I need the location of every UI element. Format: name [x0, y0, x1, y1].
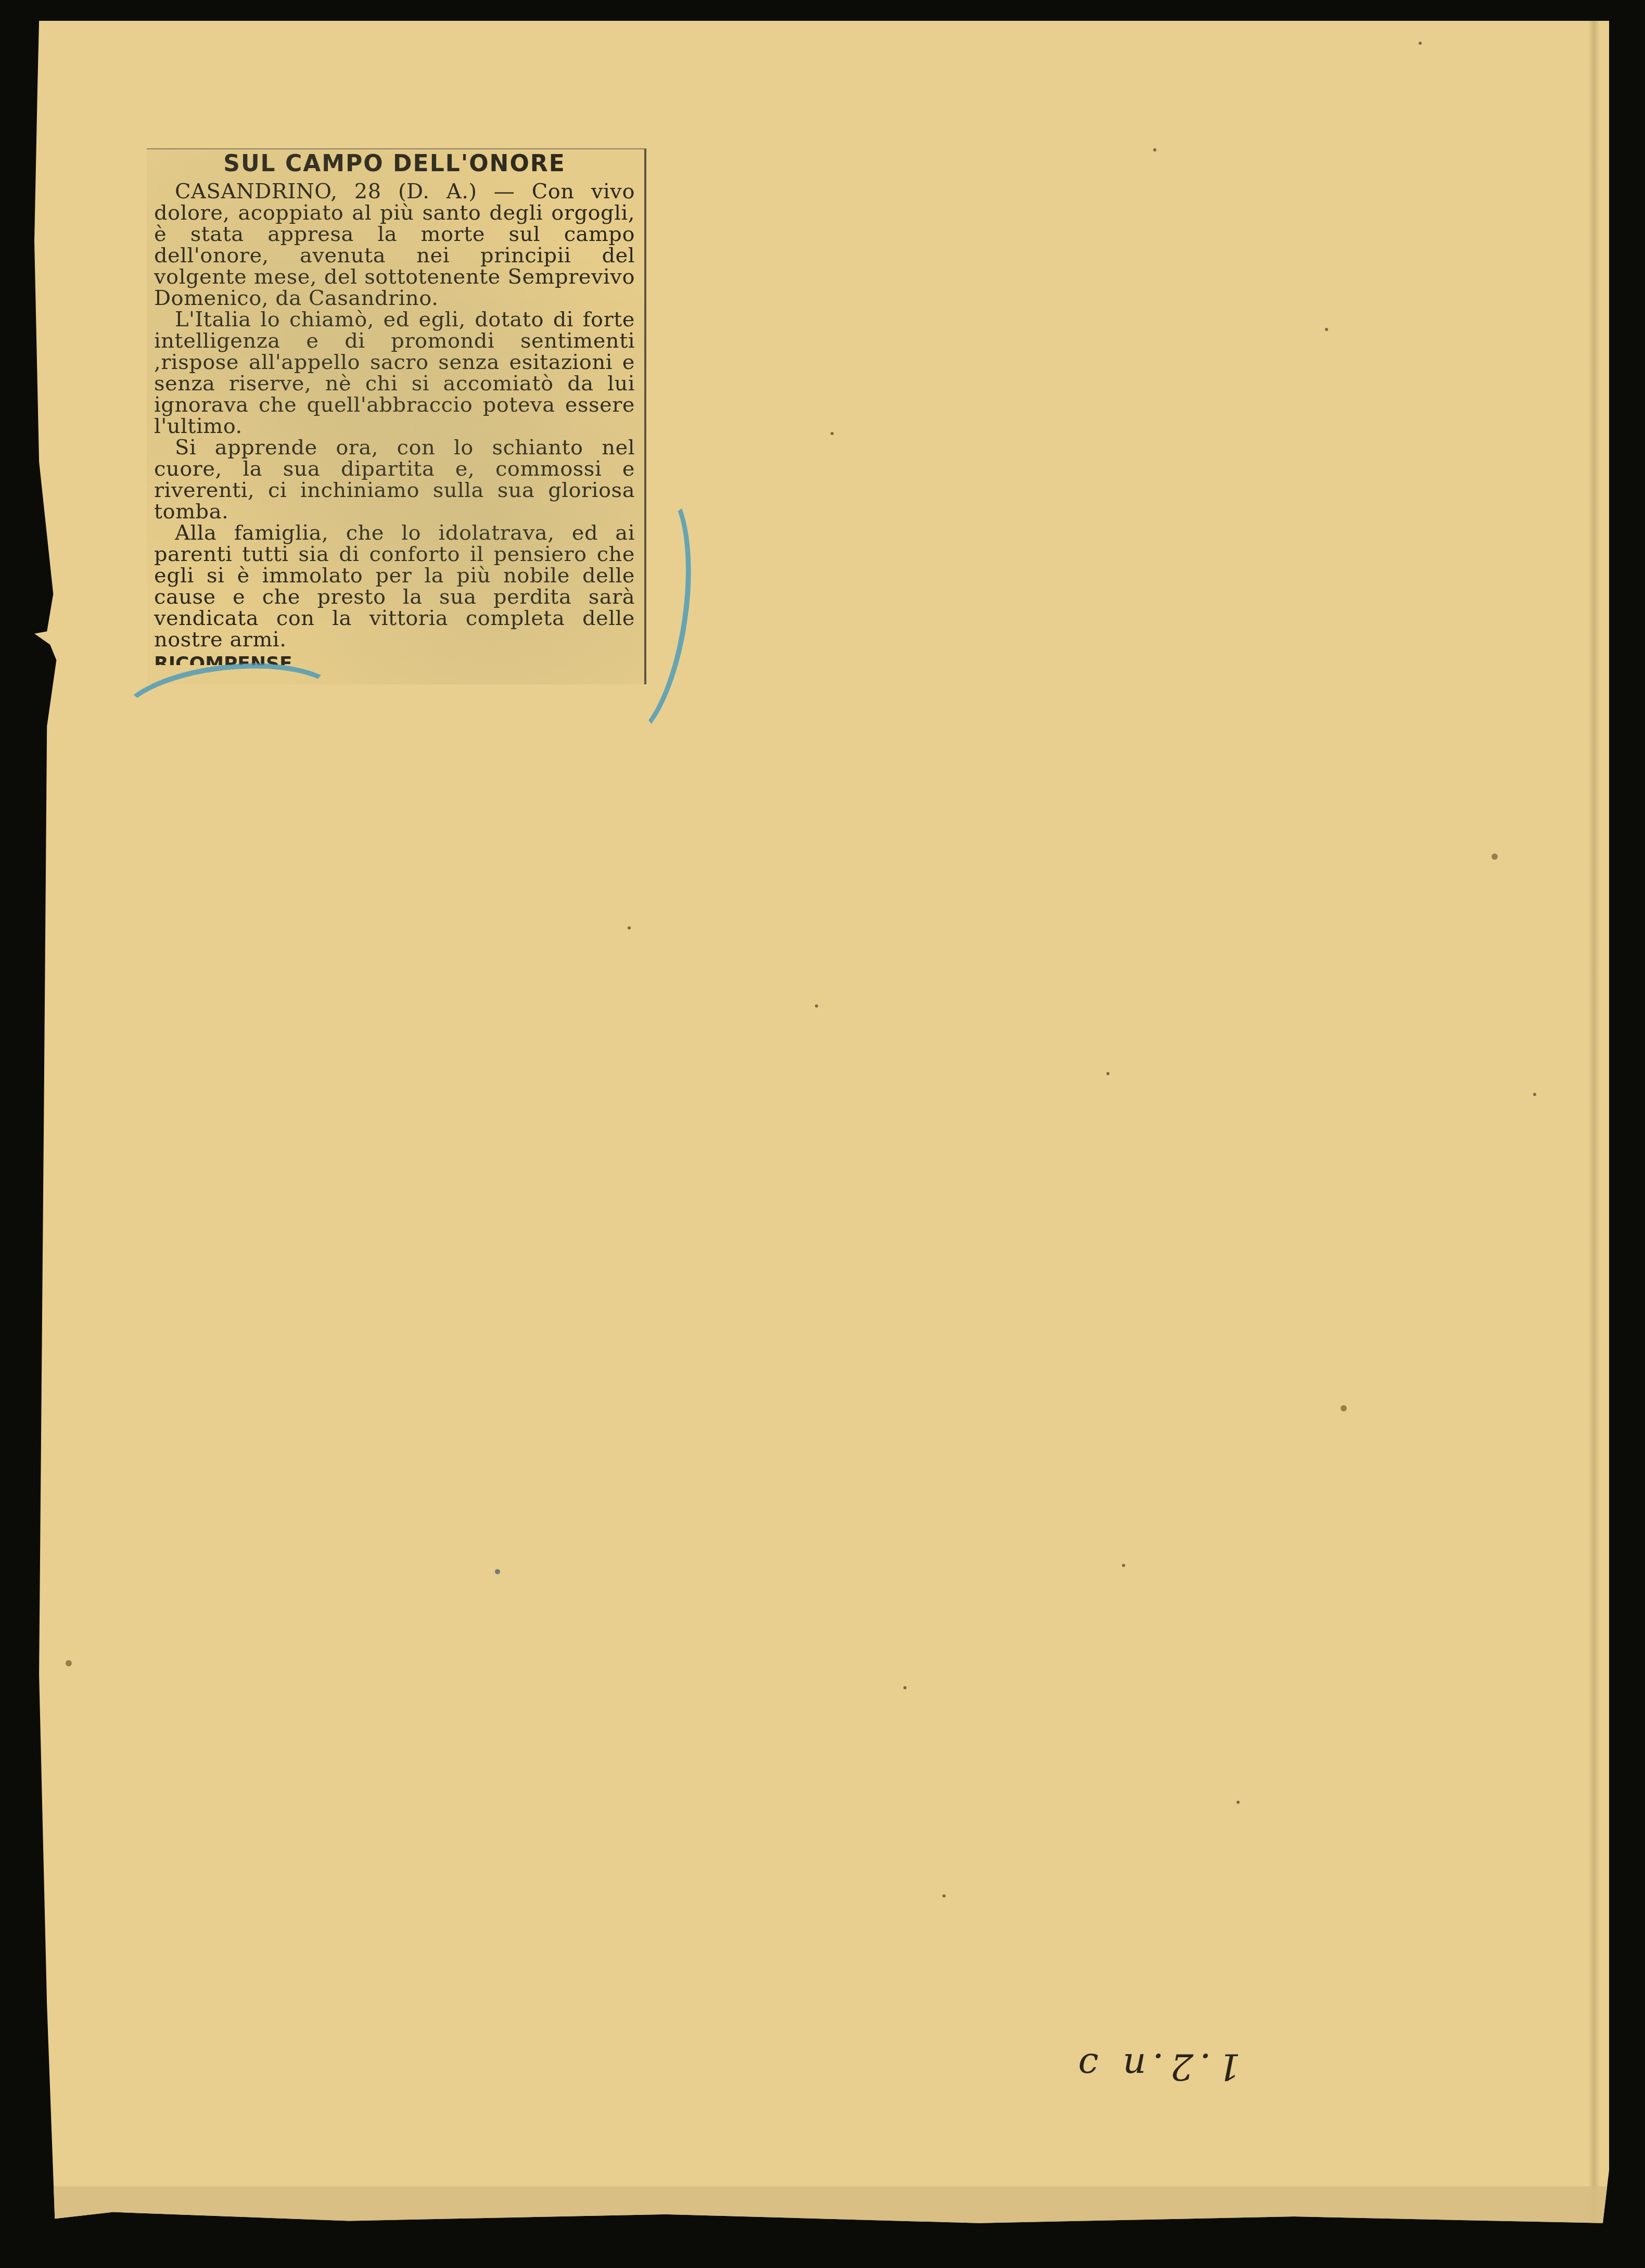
clipping-paragraph: Alla famiglia, che lo idolatrava, ed ai … — [154, 523, 635, 651]
paper-speck — [815, 1004, 818, 1008]
paper-speck — [831, 432, 834, 435]
paper-speck — [495, 1569, 500, 1574]
paper-speck — [903, 1686, 907, 1689]
paper-speck — [1153, 148, 1156, 151]
paper-speck — [1533, 1093, 1536, 1096]
clipping-body: CASANDRINO, 28 (D. A.) — Con vivo dolore… — [154, 181, 635, 651]
paper-speck — [1236, 1801, 1240, 1804]
paper-edge-stain — [1588, 21, 1600, 2225]
paper-stain — [1341, 1405, 1347, 1411]
paper-speck — [1419, 42, 1422, 45]
clipping-headline: SUL CAMPO DELL'ONORE — [154, 150, 635, 177]
handwritten-annotation: 1.2.n ɔ — [1072, 2045, 1241, 2088]
clipping-paragraph: Si apprende ora, con lo schianto nel cuo… — [154, 437, 635, 523]
paper-speck — [942, 1894, 946, 1897]
clipping-paragraph: L'Italia lo chiamò, ed egli, dotato di f… — [154, 309, 635, 437]
clipping-paragraph: CASANDRINO, 28 (D. A.) — Con vivo dolore… — [154, 181, 635, 309]
paper-stain — [1491, 853, 1498, 860]
paper-speck — [628, 926, 631, 929]
paper-speck — [1106, 1072, 1110, 1075]
paper-speck — [1325, 328, 1328, 331]
clipping-cut-off-heading: RICOMPENSE — [154, 653, 635, 665]
paper-speck — [1122, 1564, 1125, 1567]
newspaper-clipping: SUL CAMPO DELL'ONORE CASANDRINO, 28 (D. … — [147, 148, 646, 684]
paper-stain — [66, 1660, 72, 1666]
